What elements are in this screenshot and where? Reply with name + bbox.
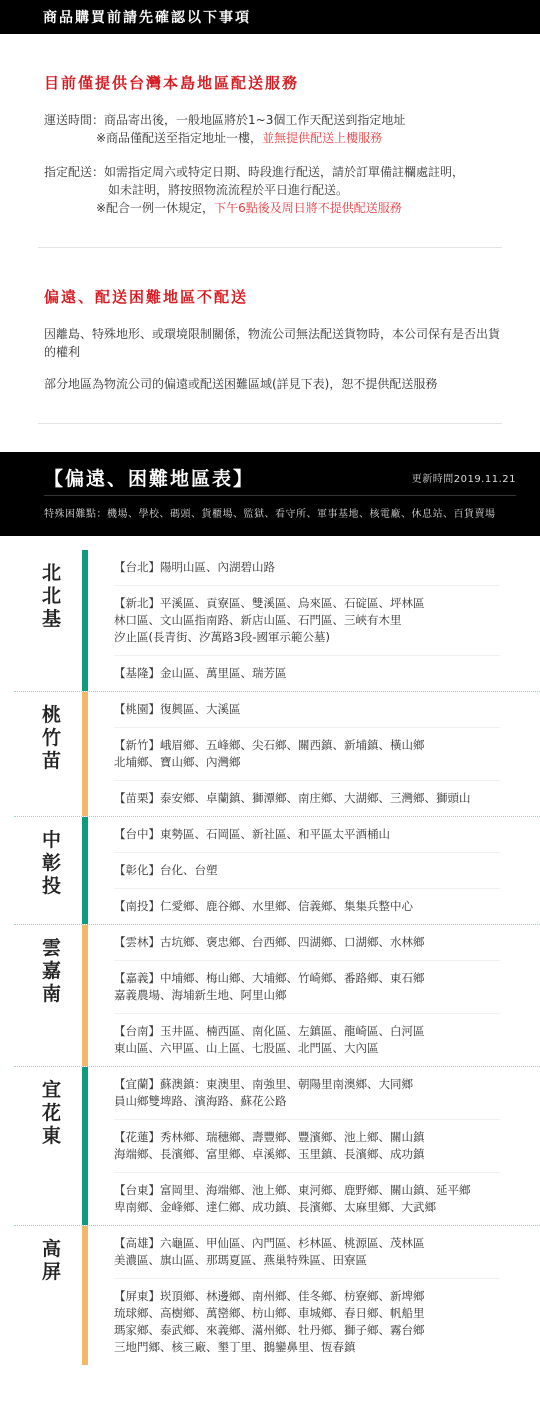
region-entries: 【雲林】古坑鄉、褒忠鄉、台西鄉、四湖鄉、口湖鄉、水林鄉【嘉義】中埔鄉、梅山鄉、大… — [88, 925, 540, 1066]
designated-text: 如需指定周六或特定日期、時段進行配送，請於訂單備註欄處註明， — [104, 163, 464, 181]
region-entry: 【嘉義】中埔鄉、梅山鄉、大埔鄉、竹崎鄉、番路鄉、東石鄉嘉義農場、海埔新生地、阿里… — [114, 961, 500, 1014]
shipping-time: 運送時間： 商品寄出後，一般地區將於1~3個工作天配送到指定地址 — [44, 111, 502, 129]
region-entry: 【桃園】復興區、大溪區 — [114, 692, 500, 728]
region-row: 桃竹苗【桃園】復興區、大溪區【新竹】峨眉鄉、五峰鄉、尖石鄉、關西鎮、新埔鎮、橫山… — [14, 692, 540, 817]
region-entries: 【台北】陽明山區、內湖碧山路【新北】平溪區、貢寮區、雙溪區、烏來區、石碇區、坪林… — [88, 550, 540, 691]
shipping-time-text: 商品寄出後，一般地區將於1~3個工作天配送到指定地址 — [104, 111, 405, 129]
notice-section: 目前僅提供台灣本島地區配送服務 運送時間： 商品寄出後，一般地區將於1~3個工作… — [0, 34, 540, 217]
designated-note-text: ※配合一例一休規定， — [96, 201, 214, 215]
region-row: 高屏【高雄】六龜區、甲仙區、內門區、杉林區、桃源區、茂林區美濃區、旗山區、那瑪夏… — [14, 1226, 540, 1365]
region-entry: 【台北】陽明山區、內湖碧山路 — [114, 550, 500, 586]
region-entry: 【苗栗】泰安鄉、卓蘭鎮、獅潭鄉、南庄鄉、大湖鄉、三灣鄉、獅頭山 — [114, 781, 500, 816]
header-title: 商品購買前請先確認以下事項 — [43, 7, 251, 27]
header-bar: 商品購買前請先確認以下事項 — [0, 0, 540, 34]
divider — [38, 423, 502, 424]
remote-section: 偏遠、配送困難地區不配送 因離島、特殊地形、或環境限制關係，物流公司無法配送貨物… — [0, 248, 540, 393]
table-title: 【偏遠、困難地區表】 — [44, 464, 254, 491]
designated-label: 指定配送： — [44, 163, 104, 181]
shipping-time-label: 運送時間： — [44, 111, 104, 129]
region-entry: 【宜蘭】蘇澳鎮：東澳里、南強里、朝陽里南澳鄉、大同鄉員山鄉雙埤路、濱海路、蘇花公… — [114, 1067, 500, 1120]
region-entry: 【南投】仁愛鄉、鹿谷鄉、水里鄉、信義鄉、集集兵整中心 — [114, 889, 500, 924]
designated-note-red: 下午6點後及周日將不提供配送服務 — [214, 201, 402, 215]
region-entries: 【桃園】復興區、大溪區【新竹】峨眉鄉、五峰鄉、尖石鄉、關西鎮、新埔鎮、橫山鄉北埔… — [88, 692, 540, 816]
region-entry: 【台東】富岡里、海端鄉、池上鄉、東河鄉、鹿野鄉、關山鎮、延平鄉卑南鄉、金峰鄉、達… — [114, 1173, 500, 1225]
region-entry: 【彰化】台化、台塑 — [114, 853, 500, 889]
shipping-note: ※商品僅配送至指定地址一樓，並無提供配送上樓服務 — [44, 129, 502, 147]
region-row: 宜花東【宜蘭】蘇澳鎮：東澳里、南強里、朝陽里南澳鄉、大同鄉員山鄉雙埤路、濱海路、… — [14, 1067, 540, 1226]
region-entry: 【屏東】崁頂鄉、林邊鄉、南州鄉、佳冬鄉、枋寮鄉、新埤鄉琉球鄉、高樹鄉、萬巒鄉、枋… — [114, 1279, 500, 1365]
region-entries: 【台中】東勢區、石岡區、新社區、和平區太平酒桶山【彰化】台化、台塑【南投】仁愛鄉… — [88, 817, 540, 924]
region-name: 雲嘉南 — [14, 925, 82, 1066]
table-header: 【偏遠、困難地區表】 更新時間2019.11.21 特殊困難點：機場、學校、碼頭… — [0, 452, 540, 536]
region-name: 高屏 — [14, 1226, 82, 1365]
region-entries: 【高雄】六龜區、甲仙區、內門區、杉林區、桃源區、茂林區美濃區、旗山區、那瑪夏區、… — [88, 1226, 540, 1365]
designated-note: ※配合一例一休規定，下午6點後及周日將不提供配送服務 — [44, 199, 502, 217]
region-entry: 【雲林】古坑鄉、褒忠鄉、台西鄉、四湖鄉、口湖鄉、水林鄉 — [114, 925, 500, 961]
region-table: 北北基【台北】陽明山區、內湖碧山路【新北】平溪區、貢寮區、雙溪區、烏來區、石碇區… — [0, 536, 540, 1405]
region-name: 中彰投 — [14, 817, 82, 924]
region-row: 中彰投【台中】東勢區、石岡區、新社區、和平區太平酒桶山【彰化】台化、台塑【南投】… — [14, 817, 540, 925]
shipping-note-text: ※商品僅配送至指定地址一樓， — [96, 131, 262, 145]
region-name: 桃竹苗 — [14, 692, 82, 816]
region-entry: 【新竹】峨眉鄉、五峰鄉、尖石鄉、關西鎮、新埔鎮、橫山鄉北埔鄉、寶山鄉、內灣鄉 — [114, 728, 500, 781]
updated-date: 更新時間2019.11.21 — [412, 470, 516, 485]
region-row: 北北基【台北】陽明山區、內湖碧山路【新北】平溪區、貢寮區、雙溪區、烏來區、石碇區… — [14, 550, 540, 692]
region-entry: 【新北】平溪區、貢寮區、雙溪區、烏來區、石碇區、坪林區林口區、文山區指南路、新店… — [114, 586, 500, 656]
designated-delivery: 指定配送： 如需指定周六或特定日期、時段進行配送，請於訂單備註欄處註明， — [44, 163, 502, 181]
special-points: 特殊困難點：機場、學校、碼頭、貨櫃場、監獄、看守所、軍事基地、核電廠、休息站、百… — [44, 496, 516, 520]
shipping-note-red: 並無提供配送上樓服務 — [262, 131, 382, 145]
region-row: 雲嘉南【雲林】古坑鄉、褒忠鄉、台西鄉、四湖鄉、口湖鄉、水林鄉【嘉義】中埔鄉、梅山… — [14, 925, 540, 1067]
region-name: 北北基 — [14, 550, 82, 691]
remote-para-1: 因離島、特殊地形、或環境限制關係，物流公司無法配送貨物時，本公司保有是否出貨的權… — [44, 325, 502, 361]
region-entry: 【台中】東勢區、石岡區、新社區、和平區太平酒桶山 — [114, 817, 500, 853]
region-entries: 【宜蘭】蘇澳鎮：東澳里、南強里、朝陽里南澳鄉、大同鄉員山鄉雙埤路、濱海路、蘇花公… — [88, 1067, 540, 1225]
notice-title: 目前僅提供台灣本島地區配送服務 — [44, 72, 502, 93]
region-entry: 【台南】玉井區、楠西區、南化區、左鎮區、龍崎區、白河區東山區、六甲區、山上區、七… — [114, 1014, 500, 1066]
remote-para-2: 部分地區為物流公司的偏遠或配送困難區域(詳見下表)，恕不提供配送服務 — [44, 375, 502, 393]
region-entry: 【花蓮】秀林鄉、瑞穗鄉、壽豐鄉、豐濱鄉、池上鄉、關山鎮海端鄉、長濱鄉、富里鄉、卓… — [114, 1120, 500, 1173]
designated-line2: 如未註明，將按照物流流程於平日進行配送。 — [44, 181, 502, 199]
region-entry: 【高雄】六龜區、甲仙區、內門區、杉林區、桃源區、茂林區美濃區、旗山區、那瑪夏區、… — [114, 1226, 500, 1279]
remote-title: 偏遠、配送困難地區不配送 — [44, 286, 502, 307]
region-name: 宜花東 — [14, 1067, 82, 1225]
region-entry: 【基隆】金山區、萬里區、瑞芳區 — [114, 656, 500, 691]
